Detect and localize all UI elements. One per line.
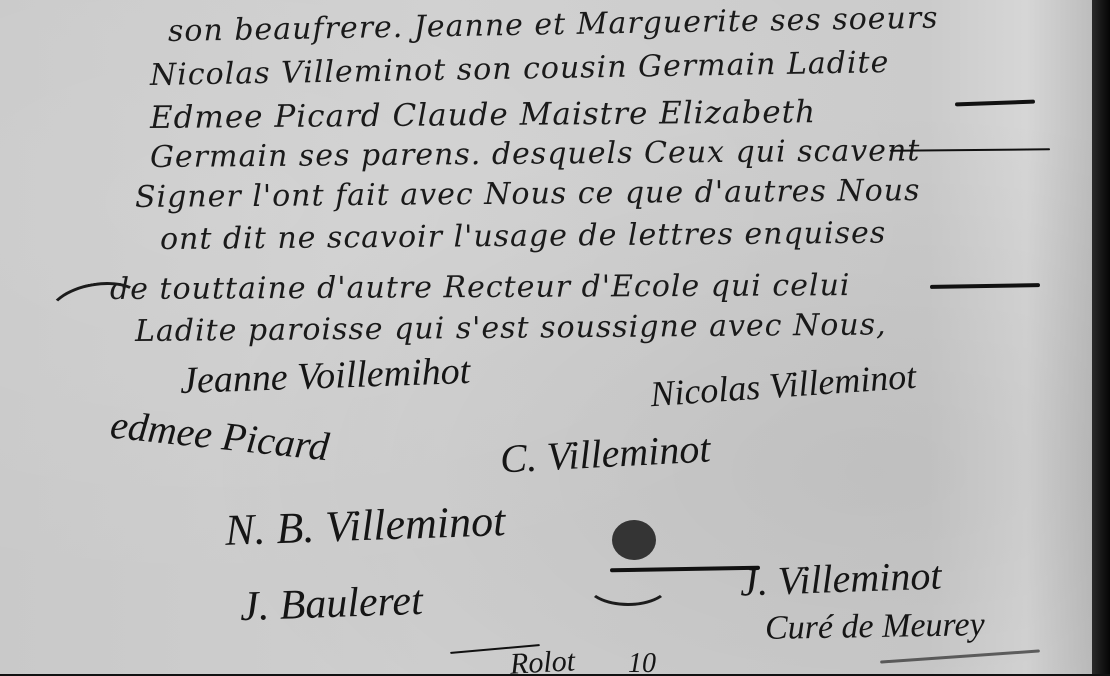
text-line-2: Nicolas Villeminot son cousin Germain La…: [150, 45, 890, 93]
line-end-stroke: [955, 100, 1035, 107]
signature-c-villeminot: C. Villeminot: [499, 425, 712, 483]
signature-bauleret: J. Bauleret: [239, 577, 423, 631]
line-end-stroke: [890, 148, 1050, 151]
page-number-mark: 10: [628, 648, 656, 676]
binding-edge: [1092, 0, 1110, 676]
signature-nicolas-villeminot: Nicolas Villeminot: [649, 355, 918, 415]
signature-jeanne-voillemihot: Jeanne Voillemihot: [179, 349, 471, 403]
text-line-7: de touttaine d'autre Recteur d'Ecole qui…: [110, 268, 851, 307]
text-line-8: Ladite paroisse qui s'est soussigne avec…: [135, 307, 887, 349]
signature-rolot: Rolot: [509, 644, 576, 676]
text-line-3: Edmee Picard Claude Maistre Elizabeth: [150, 94, 816, 136]
paraph-loop: [585, 560, 671, 606]
text-line-6: ont dit ne scavoir l'usage de lettres en…: [160, 216, 886, 257]
signature-j-villeminot: J. Villeminot: [739, 551, 942, 605]
text-line-1: son beaufrere. Jeanne et Marguerite ses …: [168, 1, 939, 49]
signature-edmee-picard: edmee Picard: [108, 401, 331, 471]
ink-paraph-blot: [612, 520, 656, 560]
line-end-stroke: [930, 283, 1040, 289]
underline-stroke: [880, 649, 1040, 663]
text-line-4: Germain ses parens. desquels Ceux qui sc…: [150, 133, 921, 175]
signature-nb-villeminot: N. B. Villeminot: [224, 495, 506, 556]
signature-title-cure-de-meurey: Curé de Meurey: [765, 606, 985, 648]
text-line-5: Signer l'ont fait avec Nous ce que d'aut…: [135, 173, 921, 215]
document-page: son beaufrere. Jeanne et Marguerite ses …: [0, 0, 1092, 674]
